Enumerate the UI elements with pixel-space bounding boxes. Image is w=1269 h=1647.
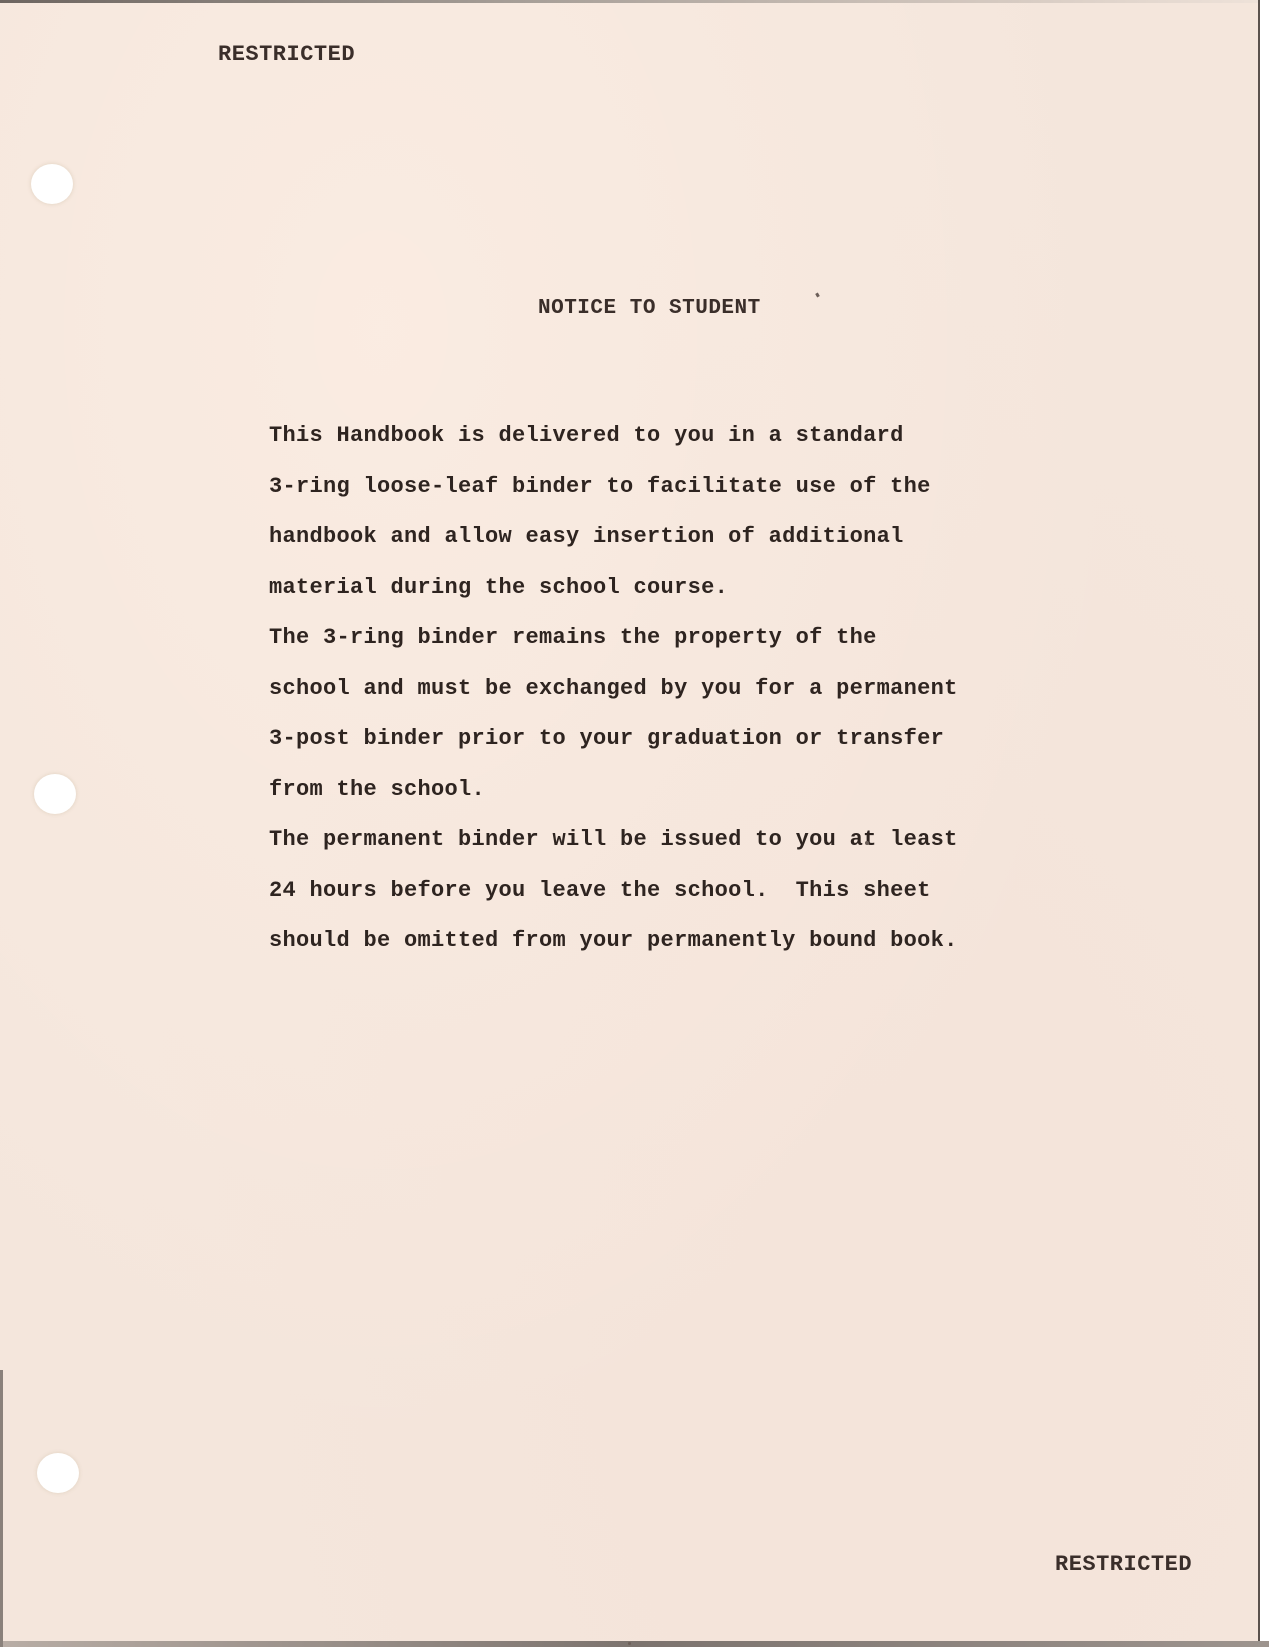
body-line: 3-post binder prior to your graduation o…	[269, 727, 1149, 778]
footer-classification-mark: RESTRICTED	[1055, 1552, 1192, 1577]
body-line: should be omitted from your permanently …	[269, 929, 1149, 980]
body-line: from the school.	[269, 778, 1149, 829]
ink-speck	[865, 841, 869, 845]
punch-hole-icon	[34, 774, 76, 814]
body-line: school and must be exchanged by you for …	[269, 677, 1149, 728]
body-line: material during the school course.	[269, 576, 1149, 627]
ink-speck	[628, 1642, 631, 1645]
body-line: 24 hours before you leave the school. Th…	[269, 879, 1149, 930]
page-edge-bottom	[0, 1641, 1269, 1647]
body-line: 3-ring loose-leaf binder to facilitate u…	[269, 475, 1149, 526]
page-edge-right	[1258, 0, 1269, 1647]
page-edge-top	[0, 0, 1269, 3]
punch-hole-icon	[37, 1453, 79, 1493]
punch-hole-icon	[31, 164, 73, 204]
body-line: handbook and allow easy insertion of add…	[269, 525, 1149, 576]
page-edge-left	[0, 1370, 3, 1647]
header-classification-mark: RESTRICTED	[218, 42, 355, 67]
body-line: The 3-ring binder remains the property o…	[269, 626, 1149, 677]
notice-body: This Handbook is delivered to you in a s…	[269, 424, 1149, 980]
document-page: RESTRICTED NOTICE TO STUDENT This Handbo…	[0, 0, 1269, 1647]
body-line: This Handbook is delivered to you in a s…	[269, 424, 1149, 475]
notice-title: NOTICE TO STUDENT	[538, 297, 761, 320]
body-line: The permanent binder will be issued to y…	[269, 828, 1149, 879]
stray-mark	[815, 293, 820, 298]
